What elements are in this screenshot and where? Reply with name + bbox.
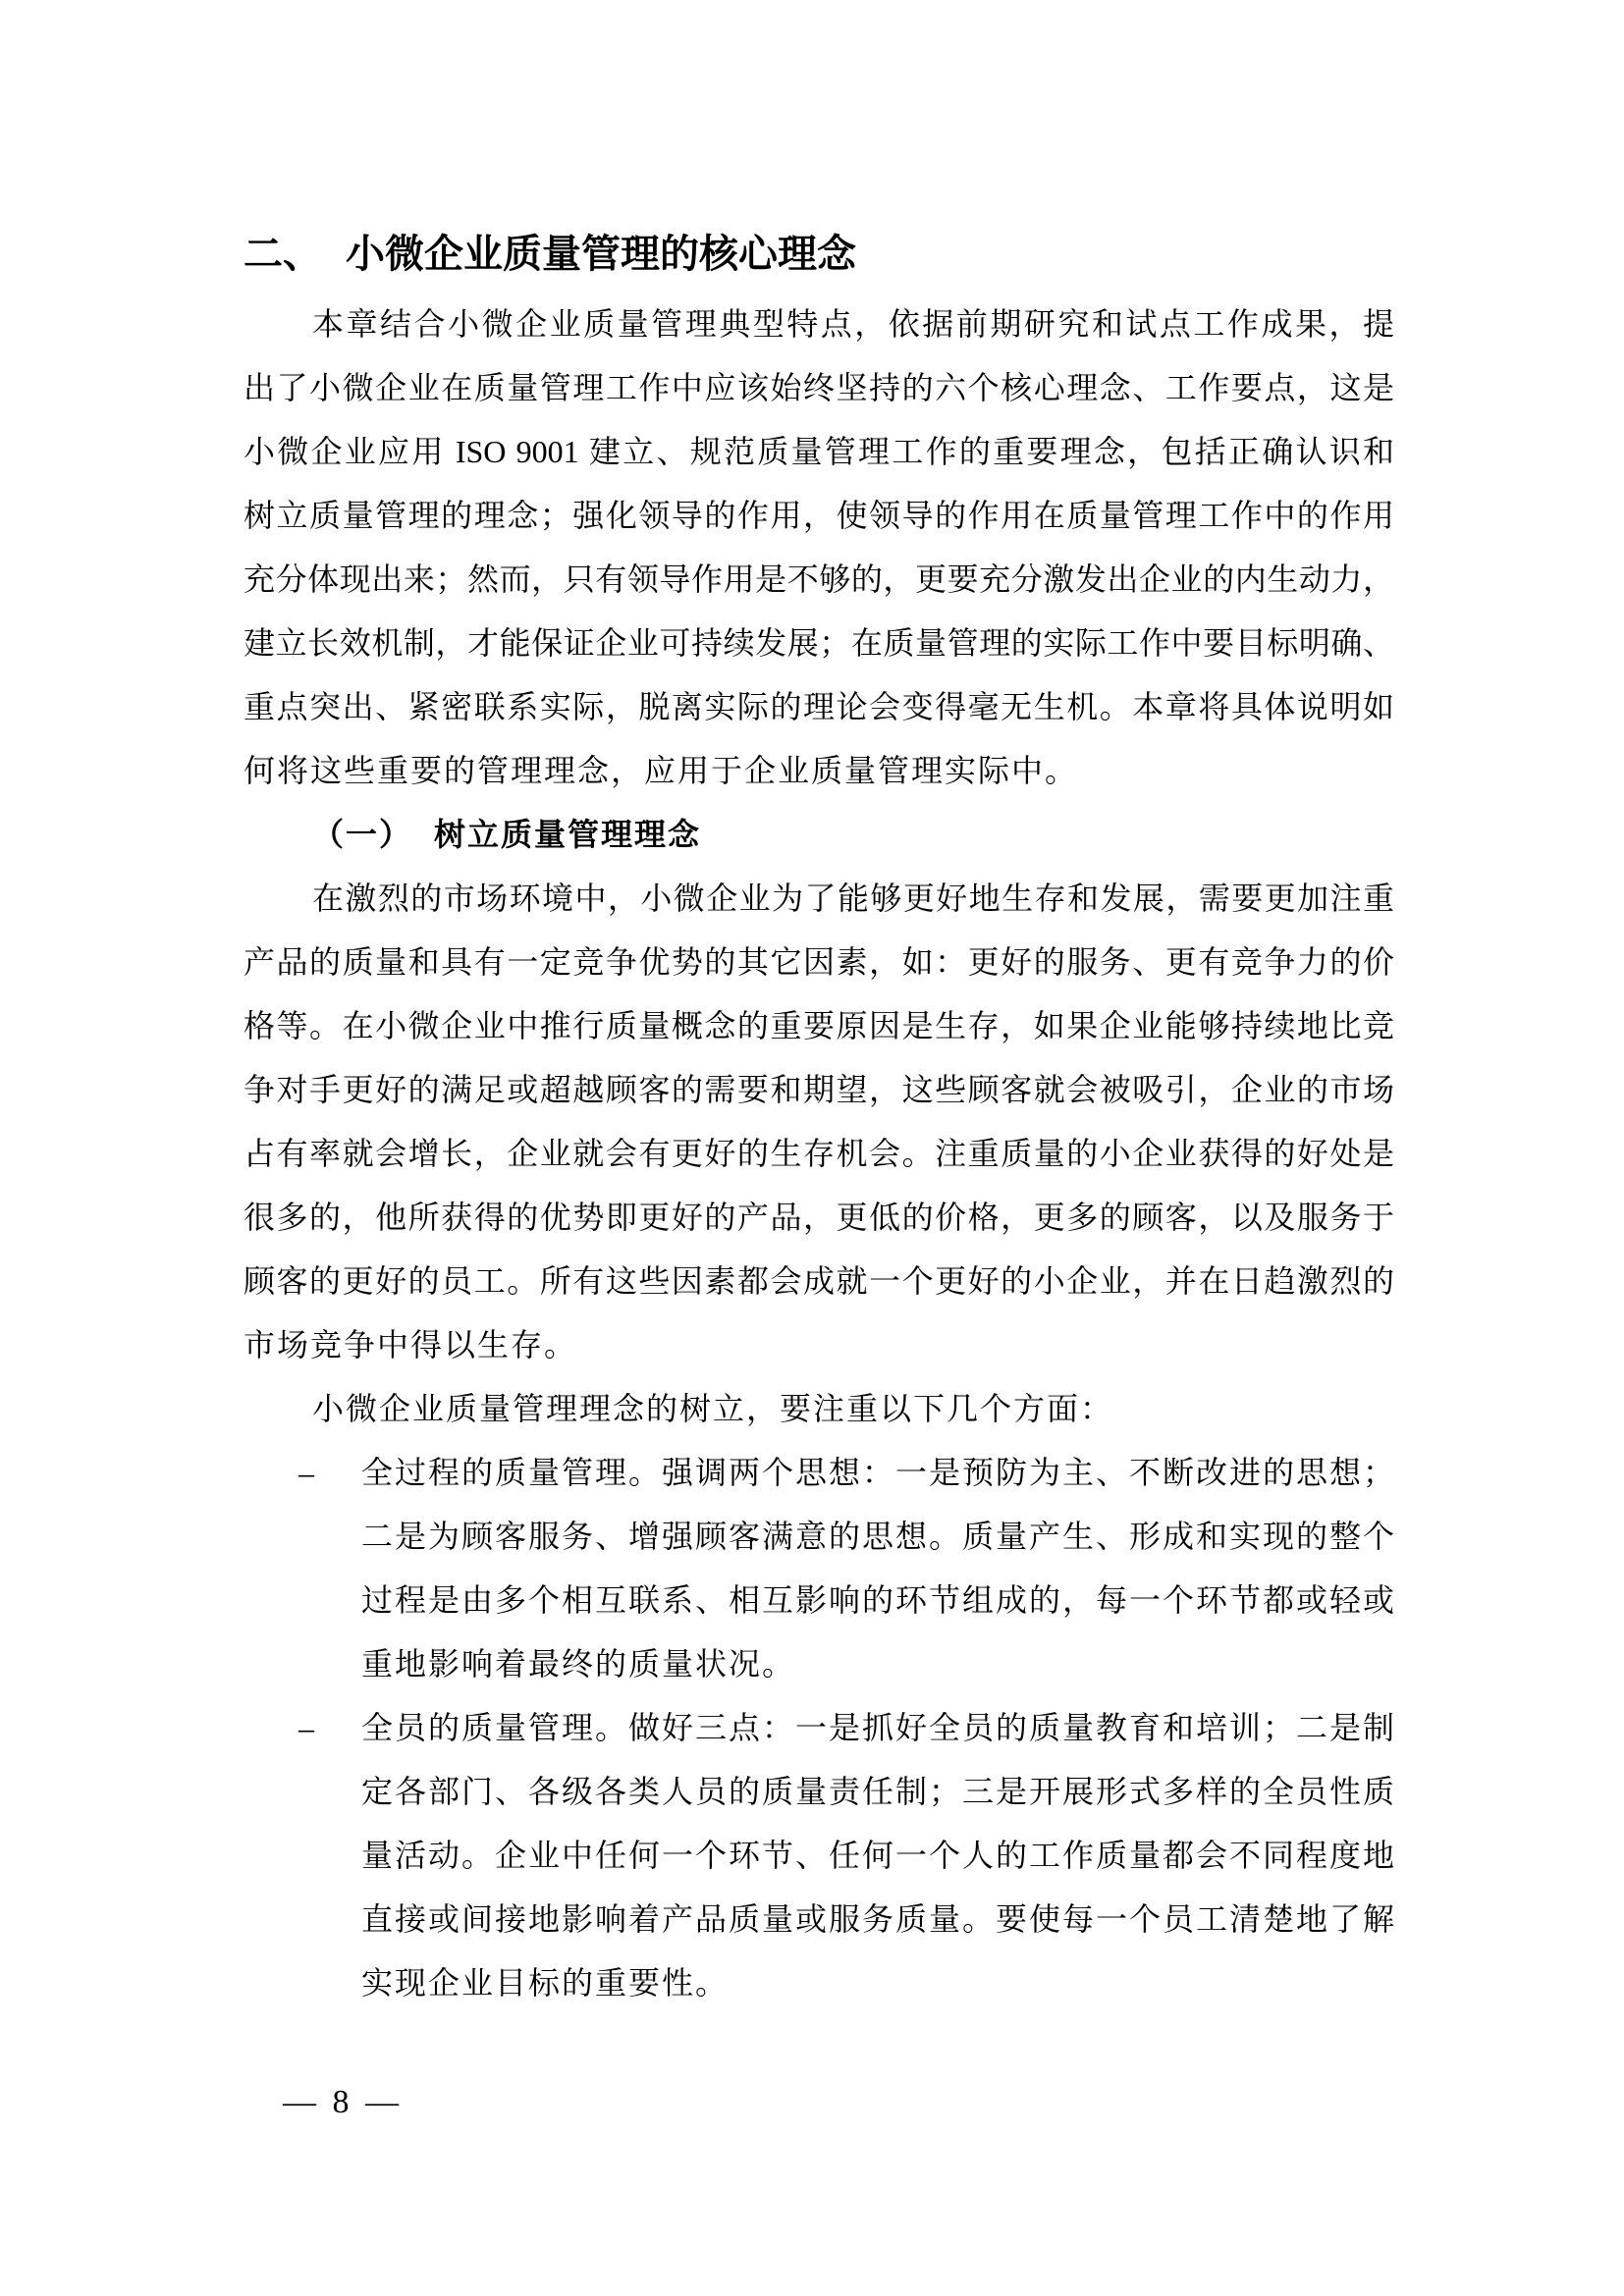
text-line-content: 争对手更好的满足或超越顾客的需要和期望，这些顾客就会被吸引，企业的市场 bbox=[244, 1072, 1394, 1107]
text-line: 产品的质量和具有一定竞争优势的其它因素，如：更好的服务、更有竞争力的价 bbox=[244, 931, 1394, 994]
text-line: 重地影响着最终的质量状况。 bbox=[244, 1632, 1394, 1696]
text-line: 建立长效机制，才能保证企业可持续发展；在质量管理的实际工作中要目标明确、 bbox=[244, 612, 1394, 675]
text-line: 过程是由多个相互联系、相互影响的环节组成的，每一个环节都或轻或 bbox=[244, 1569, 1394, 1632]
text-line: 二是为顾客服务、增强顾客满意的思想。质量产生、形成和实现的整个 bbox=[244, 1505, 1394, 1569]
page-number: — 8 — bbox=[283, 2084, 403, 2120]
text-line-content: 定各部门、各级各类人员的质量责任制；三是开展形式多样的全员性质 bbox=[361, 1774, 1394, 1809]
text-line-content: 实现企业目标的重要性。 bbox=[361, 1965, 729, 2001]
text-line-content: 树立质量管理的理念；强化领导的作用，使领导的作用在质量管理工作中的作用 bbox=[244, 498, 1394, 533]
subsection-number: （一） bbox=[312, 817, 412, 852]
bullet-item-line: –全员的质量管理。做好三点：一是抓好全员的质量教育和培训；二是制 bbox=[244, 1696, 1394, 1760]
text-line-content: 重点突出、紧密联系实际，脱离实际的理论会变得毫无生机。本章将具体说明如 bbox=[244, 689, 1394, 724]
text-line-content: 充分体现出来；然而，只有领导作用是不够的，更要充分激发出企业的内生动力， bbox=[244, 561, 1394, 597]
text-line-content: 小微企业质量管理理念的树立，要注重以下几个方面： bbox=[312, 1391, 1113, 1426]
text-line-content: 很多的，他所获得的优势即更好的产品，更低的价格，更多的顾客，以及服务于 bbox=[244, 1200, 1394, 1235]
text-line: 在激烈的市场环境中，小微企业为了能够更好地生存和发展，需要更加注重 bbox=[244, 867, 1394, 931]
text-line-content: 过程是由多个相互联系、相互影响的环节组成的，每一个环节都或轻或 bbox=[361, 1582, 1394, 1618]
text-line-content: 占有率就会增长，企业就会有更好的生存机会。注重质量的小企业获得的好处是 bbox=[244, 1136, 1394, 1171]
text-line: 实现企业目标的重要性。 bbox=[244, 1951, 1394, 2015]
text-line-content: 市场竞争中得以生存。 bbox=[244, 1327, 577, 1362]
page-footer: — 8 — bbox=[283, 2083, 403, 2122]
section-title: 二、小微企业质量管理的核心理念 bbox=[244, 231, 856, 278]
text-line-content: 产品的质量和具有一定竞争优势的其它因素，如：更好的服务、更有竞争力的价 bbox=[244, 944, 1394, 980]
text-line: 定各部门、各级各类人员的质量责任制；三是开展形式多样的全员性质 bbox=[244, 1760, 1394, 1824]
text-line-content: 重地影响着最终的质量状况。 bbox=[361, 1646, 795, 1682]
text-line-content: 全员的质量管理。做好三点：一是抓好全员的质量教育和培训；二是制 bbox=[361, 1710, 1394, 1745]
text-line-content: 全过程的质量管理。强调两个思想：一是预防为主、不断改进的思想； bbox=[361, 1455, 1394, 1490]
text-line: 很多的，他所获得的优势即更好的产品，更低的价格，更多的顾客，以及服务于 bbox=[244, 1186, 1394, 1250]
bullet-item-line: –全过程的质量管理。强调两个思想：一是预防为主、不断改进的思想； bbox=[244, 1441, 1394, 1505]
text-line-content: 在激烈的市场环境中，小微企业为了能够更好地生存和发展，需要更加注重 bbox=[312, 881, 1394, 916]
subsection-heading: （一）树立质量管理理念 bbox=[244, 803, 1394, 867]
text-line-content: 出了小微企业在质量管理工作中应该始终坚持的六个核心理念、工作要点，这是 bbox=[244, 370, 1394, 405]
subsection-heading-text: 树立质量管理理念 bbox=[434, 817, 701, 852]
text-line: 何将这些重要的管理理念，应用于企业质量管理实际中。 bbox=[244, 739, 1394, 803]
section-number: 二、 bbox=[244, 232, 322, 276]
text-line-content: 顾客的更好的员工。所有这些因素都会成就一个更好的小企业，并在日趋激烈的 bbox=[244, 1263, 1394, 1299]
text-line: 争对手更好的满足或超越顾客的需要和期望，这些顾客就会被吸引，企业的市场 bbox=[244, 1058, 1394, 1122]
section-title-text: 小微企业质量管理的核心理念 bbox=[346, 232, 856, 276]
text-line-content: 量活动。企业中任何一个环节、任何一个人的工作质量都会不同程度地 bbox=[361, 1838, 1394, 1873]
text-line: 充分体现出来；然而，只有领导作用是不够的，更要充分激发出企业的内生动力， bbox=[244, 548, 1394, 612]
text-line: 小微企业质量管理理念的树立，要注重以下几个方面： bbox=[244, 1377, 1394, 1441]
bullet-dash: – bbox=[298, 1696, 314, 1760]
bullet-dash: – bbox=[298, 1441, 314, 1505]
text-line-content: 格等。在小微企业中推行质量概念的重要原因是生存，如果企业能够持续地比竞 bbox=[244, 1008, 1394, 1043]
text-line: 重点突出、紧密联系实际，脱离实际的理论会变得毫无生机。本章将具体说明如 bbox=[244, 675, 1394, 739]
text-line: 市场竞争中得以生存。 bbox=[244, 1313, 1394, 1377]
text-line-content: 小微企业应用 ISO 9001 建立、规范质量管理工作的重要理念，包括正确认识和 bbox=[244, 434, 1394, 469]
text-line: 格等。在小微企业中推行质量概念的重要原因是生存，如果企业能够持续地比竞 bbox=[244, 994, 1394, 1058]
text-line: 小微企业应用 ISO 9001 建立、规范质量管理工作的重要理念，包括正确认识和 bbox=[244, 420, 1394, 484]
text-line: 出了小微企业在质量管理工作中应该始终坚持的六个核心理念、工作要点，这是 bbox=[244, 356, 1394, 420]
text-line: 本章结合小微企业质量管理典型特点，依据前期研究和试点工作成果，提 bbox=[244, 293, 1394, 356]
text-line: 量活动。企业中任何一个环节、任何一个人的工作质量都会不同程度地 bbox=[244, 1824, 1394, 1888]
body-text: 本章结合小微企业质量管理典型特点，依据前期研究和试点工作成果，提出了小微企业在质… bbox=[244, 293, 1394, 2015]
text-line: 直接或间接地影响着产品质量或服务质量。要使每一个员工清楚地了解 bbox=[244, 1888, 1394, 1951]
text-line-content: 何将这些重要的管理理念，应用于企业质量管理实际中。 bbox=[244, 753, 1078, 788]
text-line: 占有率就会增长，企业就会有更好的生存机会。注重质量的小企业获得的好处是 bbox=[244, 1122, 1394, 1186]
text-line-content: 二是为顾客服务、增强顾客满意的思想。质量产生、形成和实现的整个 bbox=[361, 1519, 1394, 1554]
text-line-content: 直接或间接地影响着产品质量或服务质量。要使每一个员工清楚地了解 bbox=[361, 1901, 1394, 1937]
document-page: 二、小微企业质量管理的核心理念 本章结合小微企业质量管理典型特点，依据前期研究和… bbox=[0, 0, 1624, 2296]
text-line: 树立质量管理的理念；强化领导的作用，使领导的作用在质量管理工作中的作用 bbox=[244, 484, 1394, 548]
text-line-content: 本章结合小微企业质量管理典型特点，依据前期研究和试点工作成果，提 bbox=[312, 306, 1394, 342]
text-line-content: 建立长效机制，才能保证企业可持续发展；在质量管理的实际工作中要目标明确、 bbox=[244, 625, 1394, 661]
text-line: 顾客的更好的员工。所有这些因素都会成就一个更好的小企业，并在日趋激烈的 bbox=[244, 1250, 1394, 1313]
